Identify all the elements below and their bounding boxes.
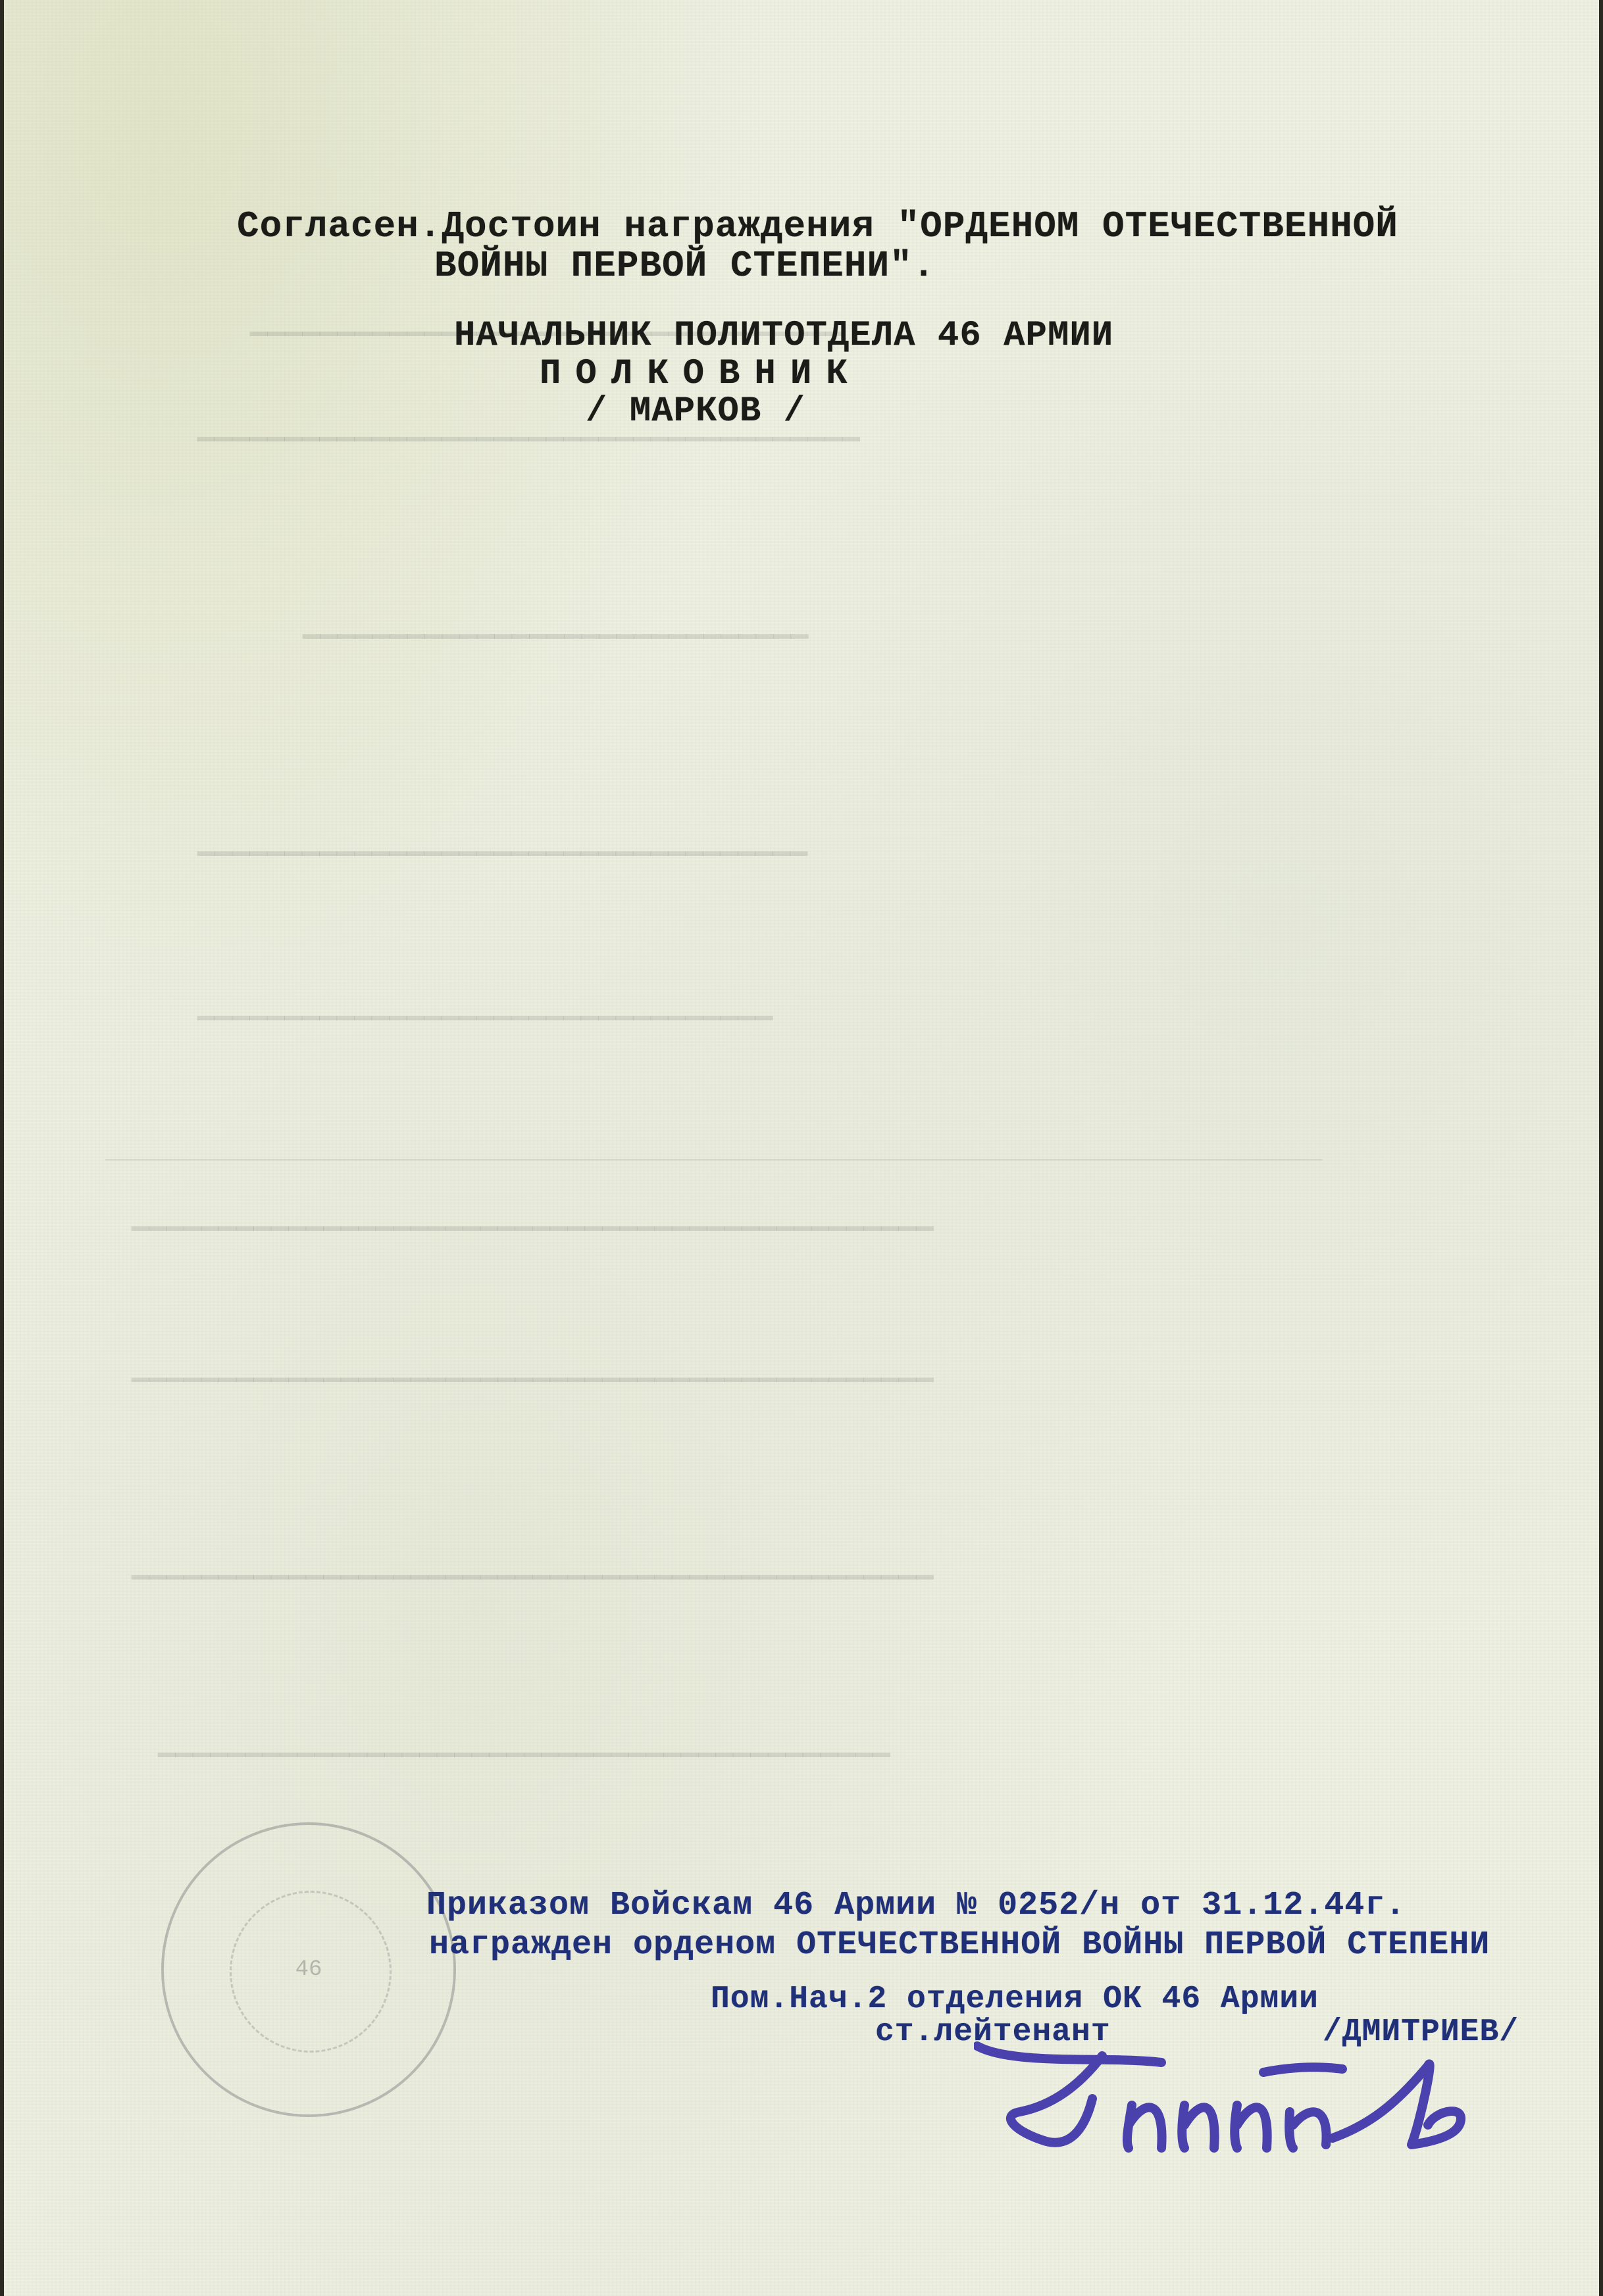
- bleed-through-text: ▁▁▁▁▁▁▁▁▁▁▁▁▁▁▁▁▁▁▁▁▁▁▁▁▁▁▁▁▁▁▁▁▁: [197, 987, 773, 1022]
- scan-edge-right: [1599, 0, 1603, 2296]
- official-seal: 46: [161, 1822, 456, 2117]
- bleed-through-text: ▁▁▁▁▁▁▁▁▁▁▁▁▁▁▁▁▁▁▁▁▁▁▁▁▁▁▁▁▁▁▁▁▁▁▁: [197, 822, 807, 858]
- approver-title: НАЧАЛЬНИК ПОЛИТОТДЕЛА 46 АРМИИ: [454, 316, 1113, 356]
- order-reference-line1: Приказом Войскам 46 Армии № 0252/н от 31…: [426, 1887, 1406, 1924]
- clerk-position: Пом.Нач.2 отделения ОК 46 Армии: [711, 1982, 1319, 2017]
- order-reference-line2: награжден орденом ОТЕЧЕСТВЕННОЙ ВОЙНЫ ПЕ…: [429, 1926, 1490, 1964]
- approver-rank: ПОЛКОВНИК: [540, 354, 862, 394]
- handwritten-signature: [974, 2026, 1533, 2171]
- approval-text-line2: ВОЙНЫ ПЕРВОЙ СТЕПЕНИ".: [434, 245, 935, 287]
- approval-text-line1: Согласен.Достоин награждения "ОРДЕНОМ ОТ…: [237, 205, 1398, 247]
- bleed-through-text: ▁▁▁▁▁▁▁▁▁▁▁▁▁▁▁▁▁▁▁▁▁▁▁▁▁▁▁▁▁▁▁▁▁▁▁▁▁▁▁▁…: [132, 1349, 934, 1384]
- bleed-through-text: ▁▁▁▁▁▁▁▁▁▁▁▁▁▁▁▁▁▁▁▁▁▁▁▁▁▁▁▁▁▁▁▁▁▁▁▁▁▁▁▁…: [132, 1546, 934, 1582]
- approver-name: / МАРКОВ /: [586, 391, 805, 432]
- bleed-through-text: ▁▁▁▁▁▁▁▁▁▁▁▁▁▁▁▁▁▁▁▁▁▁▁▁▁▁▁▁▁▁▁▁▁▁▁▁▁▁▁▁…: [132, 1197, 934, 1233]
- bleed-through-text: ▁▁▁▁▁▁▁▁▁▁▁▁▁▁▁▁▁▁▁▁▁▁▁▁▁▁▁▁▁▁▁▁▁▁▁▁▁▁▁▁…: [158, 1724, 890, 1759]
- scan-edge-left: [0, 0, 4, 2296]
- bleed-through-rule: [105, 1159, 1323, 1160]
- seal-label: 46: [164, 1825, 453, 2114]
- bleed-through-text: ▁▁▁▁▁▁▁▁▁▁▁▁▁▁▁▁▁▁▁▁▁▁▁▁▁▁▁▁▁: [303, 605, 808, 641]
